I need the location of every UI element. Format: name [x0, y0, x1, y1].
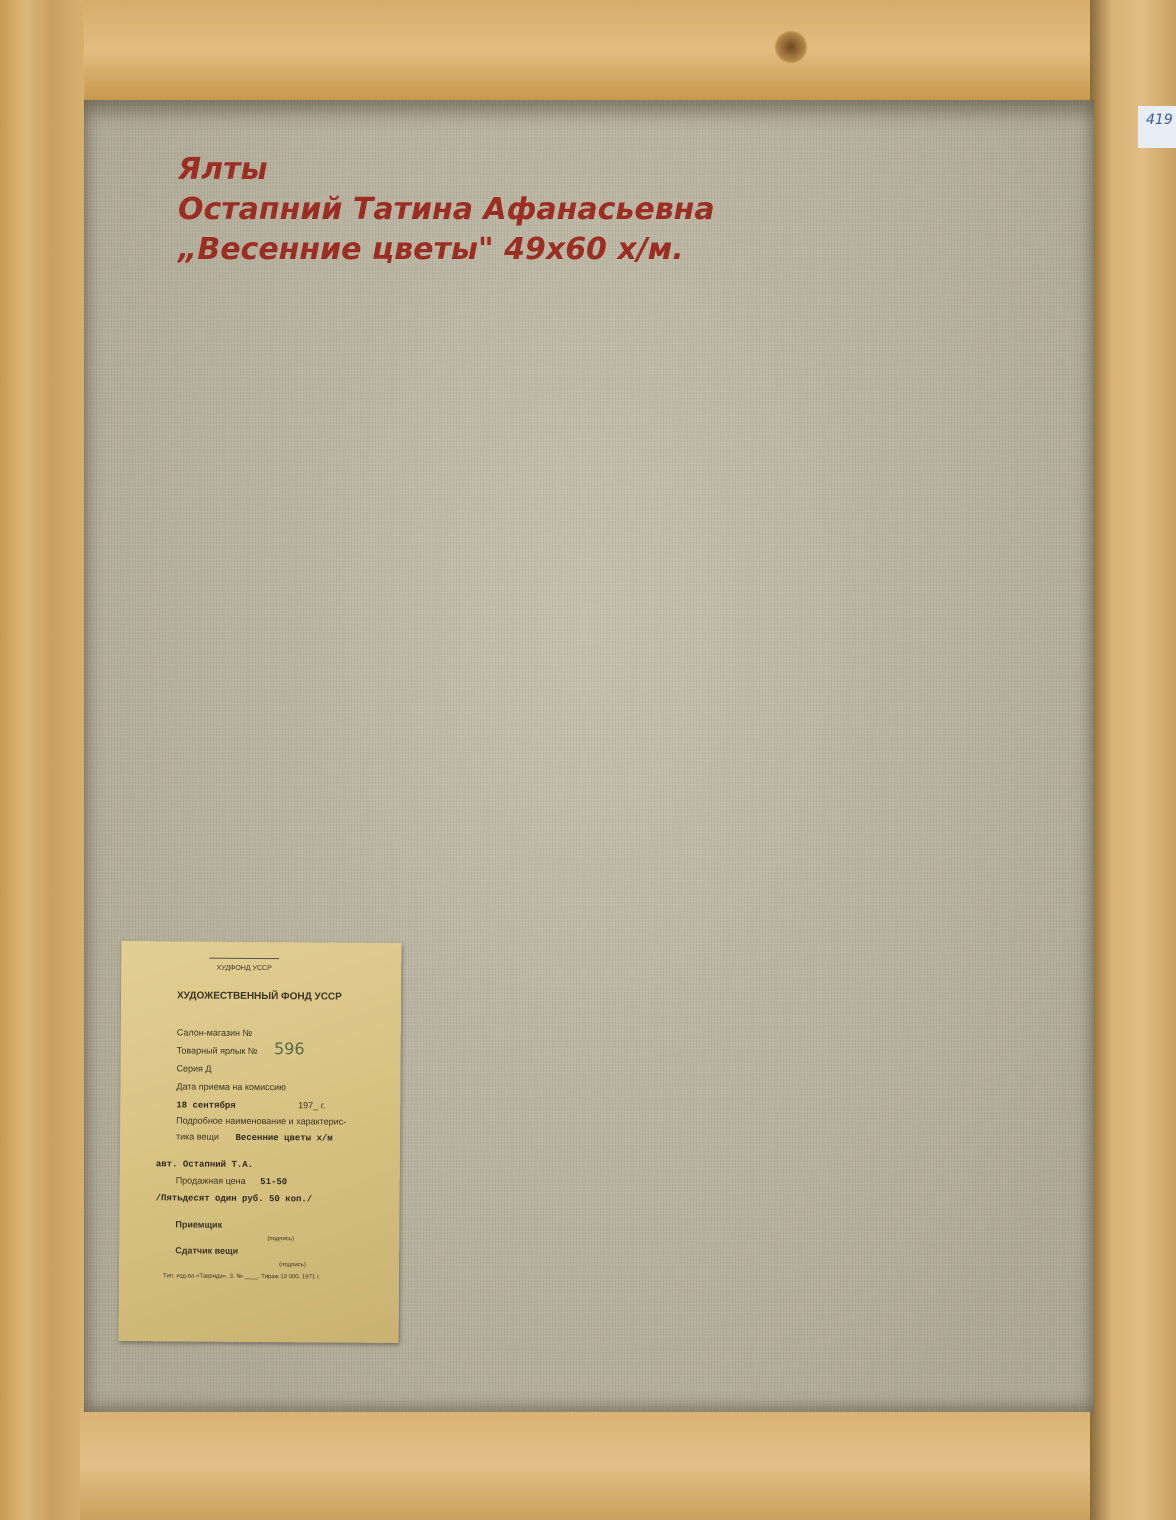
stretcher-left-bar [0, 0, 84, 1520]
label-series: Серия Д [176, 1061, 211, 1075]
consignment-label: ХУДФОНД УССР ХУДОЖЕСТВЕННЫЙ ФОНД УССР Са… [119, 941, 402, 1343]
label-desc-value: Весенние цветы х/м [235, 1133, 332, 1144]
label-stamp: ХУДФОНД УССР [209, 958, 279, 976]
label-tag-number: 596 [274, 1039, 305, 1058]
label-price-words: /Пятьдесят один руб. 50 коп./ [156, 1191, 313, 1206]
label-price-label: Продажная цена [176, 1175, 246, 1185]
label-date-row: 18 сентября 197_ г. [176, 1097, 325, 1113]
label-organization: ХУДОЖЕСТВЕННЫЙ ФОНД УССР [177, 989, 342, 1004]
label-salon: Салон-магазин № [177, 1025, 253, 1040]
label-receiver-caption: (подпись) [267, 1232, 294, 1246]
inventory-sticker: 419 [1138, 106, 1176, 148]
label-price-value: 51-50 [260, 1177, 287, 1187]
stretcher-top-bar [80, 0, 1110, 100]
stretcher-bottom-bar [80, 1408, 1090, 1520]
wood-knot [774, 30, 808, 64]
label-desc-2: тика вещи [176, 1131, 219, 1141]
inscription-artist: Остапний Татина Афанасьевна [178, 190, 715, 230]
label-consignor: Сдатчик вещи [175, 1243, 238, 1257]
label-date-value: 18 сентября [176, 1100, 235, 1110]
stretcher-right-bar [1090, 0, 1176, 1520]
label-tag-row: Товарный ярлык № 596 [177, 1041, 305, 1058]
label-footer: Тип. изд-ва «Таврида». З. № ____. Тираж … [163, 1269, 320, 1284]
label-date-label: Дата приема на комиссию [176, 1079, 286, 1094]
label-desc-row: тика вещи Весенние цветы х/м [176, 1129, 333, 1145]
label-year: 197_ г. [298, 1100, 325, 1110]
handwritten-inscription: Ялты Остапний Татина Афанасьевна „Весенн… [178, 150, 715, 270]
label-receiver: Приемщик [175, 1217, 222, 1231]
inscription-city: Ялты [178, 150, 715, 190]
label-tag-label: Товарный ярлык № [177, 1045, 258, 1056]
inscription-title: „Весенние цветы" 49x60 х/м. [178, 230, 715, 270]
label-desc-1: Подробное наименование и характерис- [176, 1113, 346, 1128]
label-price-row: Продажная цена 51-50 [176, 1173, 288, 1189]
label-author: авт. Остапний Т.А. [156, 1157, 253, 1172]
